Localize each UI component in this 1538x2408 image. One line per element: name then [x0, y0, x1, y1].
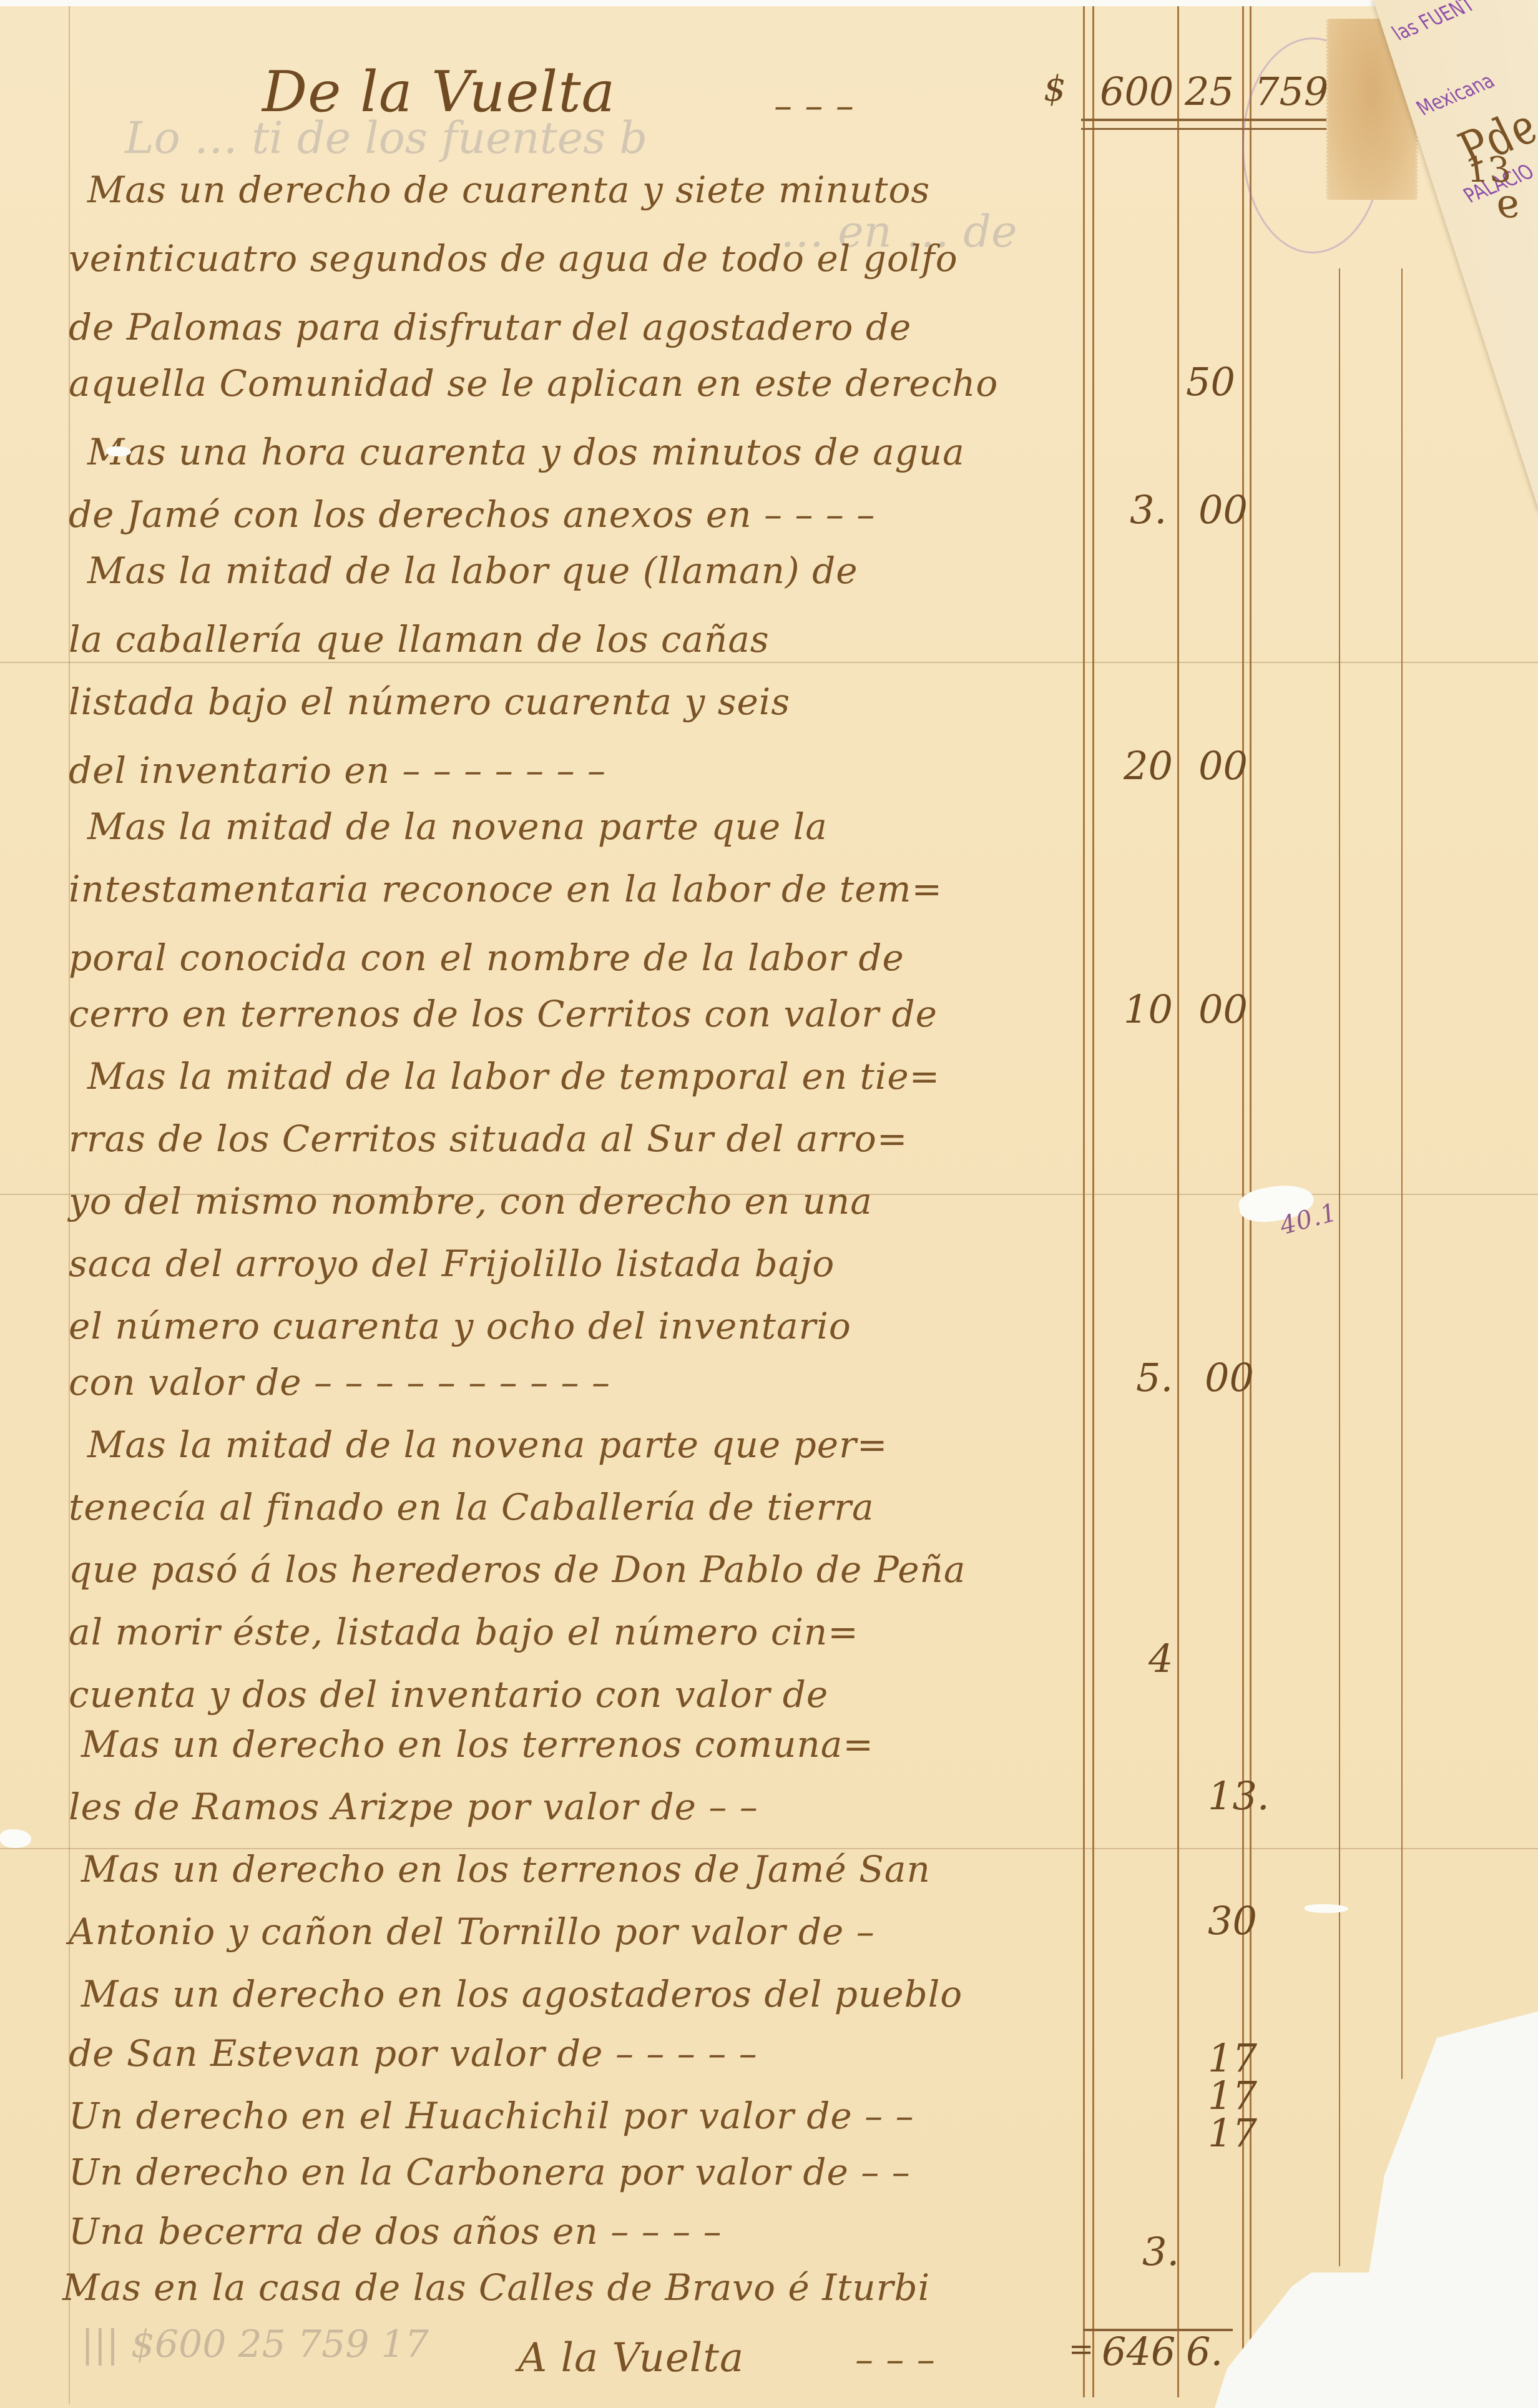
line-cents: 30 [1208, 1898, 1257, 1944]
currency-mark: $ [1044, 69, 1066, 109]
ledger-line: rras de los Cerritos situada al Sur del … [69, 1118, 908, 1160]
line-cents: 00 [1205, 1355, 1254, 1400]
column-rule [1401, 268, 1403, 2079]
paper-hole [106, 446, 131, 456]
ledger-line: saca del arroyo del Frijolillo listada b… [69, 1242, 835, 1285]
column-rule [1177, 6, 1179, 2397]
line-pesos: 5. [1136, 1355, 1173, 1400]
ledger-line: cuenta y dos del inventario con valor de [69, 1673, 828, 1716]
folded-flap: las FUENT Mexicana PALACIO Pde 13 e [1373, 0, 1538, 512]
ledger-line: Mas en la casa de las Calles de Bravo é … [62, 2266, 930, 2309]
column-rule [1092, 6, 1094, 2397]
line-pesos: 4 [1149, 1636, 1173, 1681]
ledger-line: de Jamé con los derechos anexos en – – –… [69, 493, 875, 536]
header-dashes: – – – [774, 84, 855, 127]
line-cents: 00 [1198, 743, 1248, 789]
ledger-line: listada bajo el número cuarenta y seis [69, 681, 790, 723]
fold-crease [0, 662, 1538, 663]
equals-mark: = [1069, 2332, 1094, 2367]
ledger-line: tenecía al finado en la Caballería de ti… [69, 1486, 874, 1528]
footer-dashes: – – – [855, 2338, 936, 2381]
ledger-line: Mas la mitad de la novena parte que per= [87, 1423, 888, 1466]
column-rule [1339, 268, 1340, 2266]
paper-hole [0, 1829, 31, 1848]
ledger-line: de San Estevan por valor de – – – – – [69, 2032, 758, 2075]
stamp-text: las FUENT [1388, 0, 1480, 46]
line-pesos: 3. [1142, 2229, 1179, 2274]
ledger-line: Mas una hora cuarenta y dos minutos de a… [87, 431, 965, 473]
ledger-line: Mas un derecho en los terrenos de Jamé S… [81, 1848, 931, 1890]
line-cents: 50 [1186, 359, 1235, 405]
ledger-line: Mas la mitad de la labor que (llaman) de [87, 549, 858, 592]
line-cents: 17 [1208, 2110, 1257, 2156]
ledger-line: poral conocida con el nombre de la labor… [69, 936, 904, 979]
ledger-line: Mas la mitad de la labor de temporal en … [87, 1055, 940, 1098]
carried-centavos: 25 [1185, 69, 1234, 114]
ledger-line: Mas la mitad de la novena parte que la [87, 805, 828, 848]
ledger-line: Mas un derecho de cuarenta y siete minut… [87, 169, 930, 211]
ledger-line: Un derecho en el Huachichil por valor de… [69, 2095, 914, 2137]
column-rule [1083, 6, 1085, 2397]
torn-edge [1367, 2010, 1538, 2285]
ledger-line: yo del mismo nombre, con derecho en una [69, 1180, 873, 1222]
line-pesos: 10 [1124, 986, 1173, 1032]
ledger-line: del inventario en – – – – – – – [69, 749, 606, 792]
ledger-line: cerro en terrenos de los Cerritos con va… [69, 993, 938, 1035]
ledger-line: Una becerra de dos años en – – – – [69, 2210, 722, 2253]
line-cents: 00 [1198, 487, 1248, 533]
line-pesos: 3. [1130, 487, 1167, 533]
line-cents: 13. [1208, 1773, 1270, 1819]
line-cents: 00 [1198, 986, 1248, 1032]
ledger-line: aquella Comunidad se le aplican en este … [69, 362, 998, 405]
ledger-line: Antonio y cañon del Tornillo por valor d… [69, 1910, 875, 1953]
ledger-line: Mas un derecho en los agostaderos del pu… [81, 1973, 962, 2015]
paper-hole [1305, 1904, 1348, 1913]
ledger-line: veinticuatro segundos de agua de todo el… [69, 237, 958, 280]
ledger-line: el número cuarenta y ocho del inventario [69, 1305, 851, 1347]
ledger-line: les de Ramos Arizpe por valor de – – [69, 1786, 758, 1828]
ledger-line: Un derecho en la Carbonera por valor de … [69, 2151, 911, 2193]
total-cents: 6. [1186, 2329, 1223, 2374]
torn-corner [1214, 2273, 1538, 2408]
flap-handwriting: e [1488, 181, 1527, 227]
page-title: De la Vuelta [262, 59, 615, 125]
pencil-sum: ||| $600 25 759 17 [81, 2322, 429, 2366]
footer-label: A la Vuelta [518, 2335, 744, 2381]
ledger-page: Lo … ti de los fuentes b … en … de De la… [0, 0, 1538, 2408]
ledger-line: al morir éste, listada bajo el número ci… [69, 1611, 859, 1653]
ledger-line: intestamentaria reconoce en la labor de … [69, 868, 943, 910]
ledger-line: que pasó á los herederos de Don Pablo de… [69, 1548, 966, 1591]
total-pesos: 646 [1102, 2329, 1175, 2374]
carried-pesos: 600 [1100, 69, 1173, 114]
ledger-line: la caballería que llaman de los cañas [69, 618, 770, 661]
line-pesos: 20 [1124, 743, 1173, 789]
ledger-line: de Palomas para disfrutar del agostadero… [69, 306, 911, 348]
scan-border [0, 0, 1538, 6]
ledger-line: con valor de – – – – – – – – – – [69, 1361, 610, 1403]
ledger-line: Mas un derecho en los terrenos comuna= [81, 1723, 874, 1766]
